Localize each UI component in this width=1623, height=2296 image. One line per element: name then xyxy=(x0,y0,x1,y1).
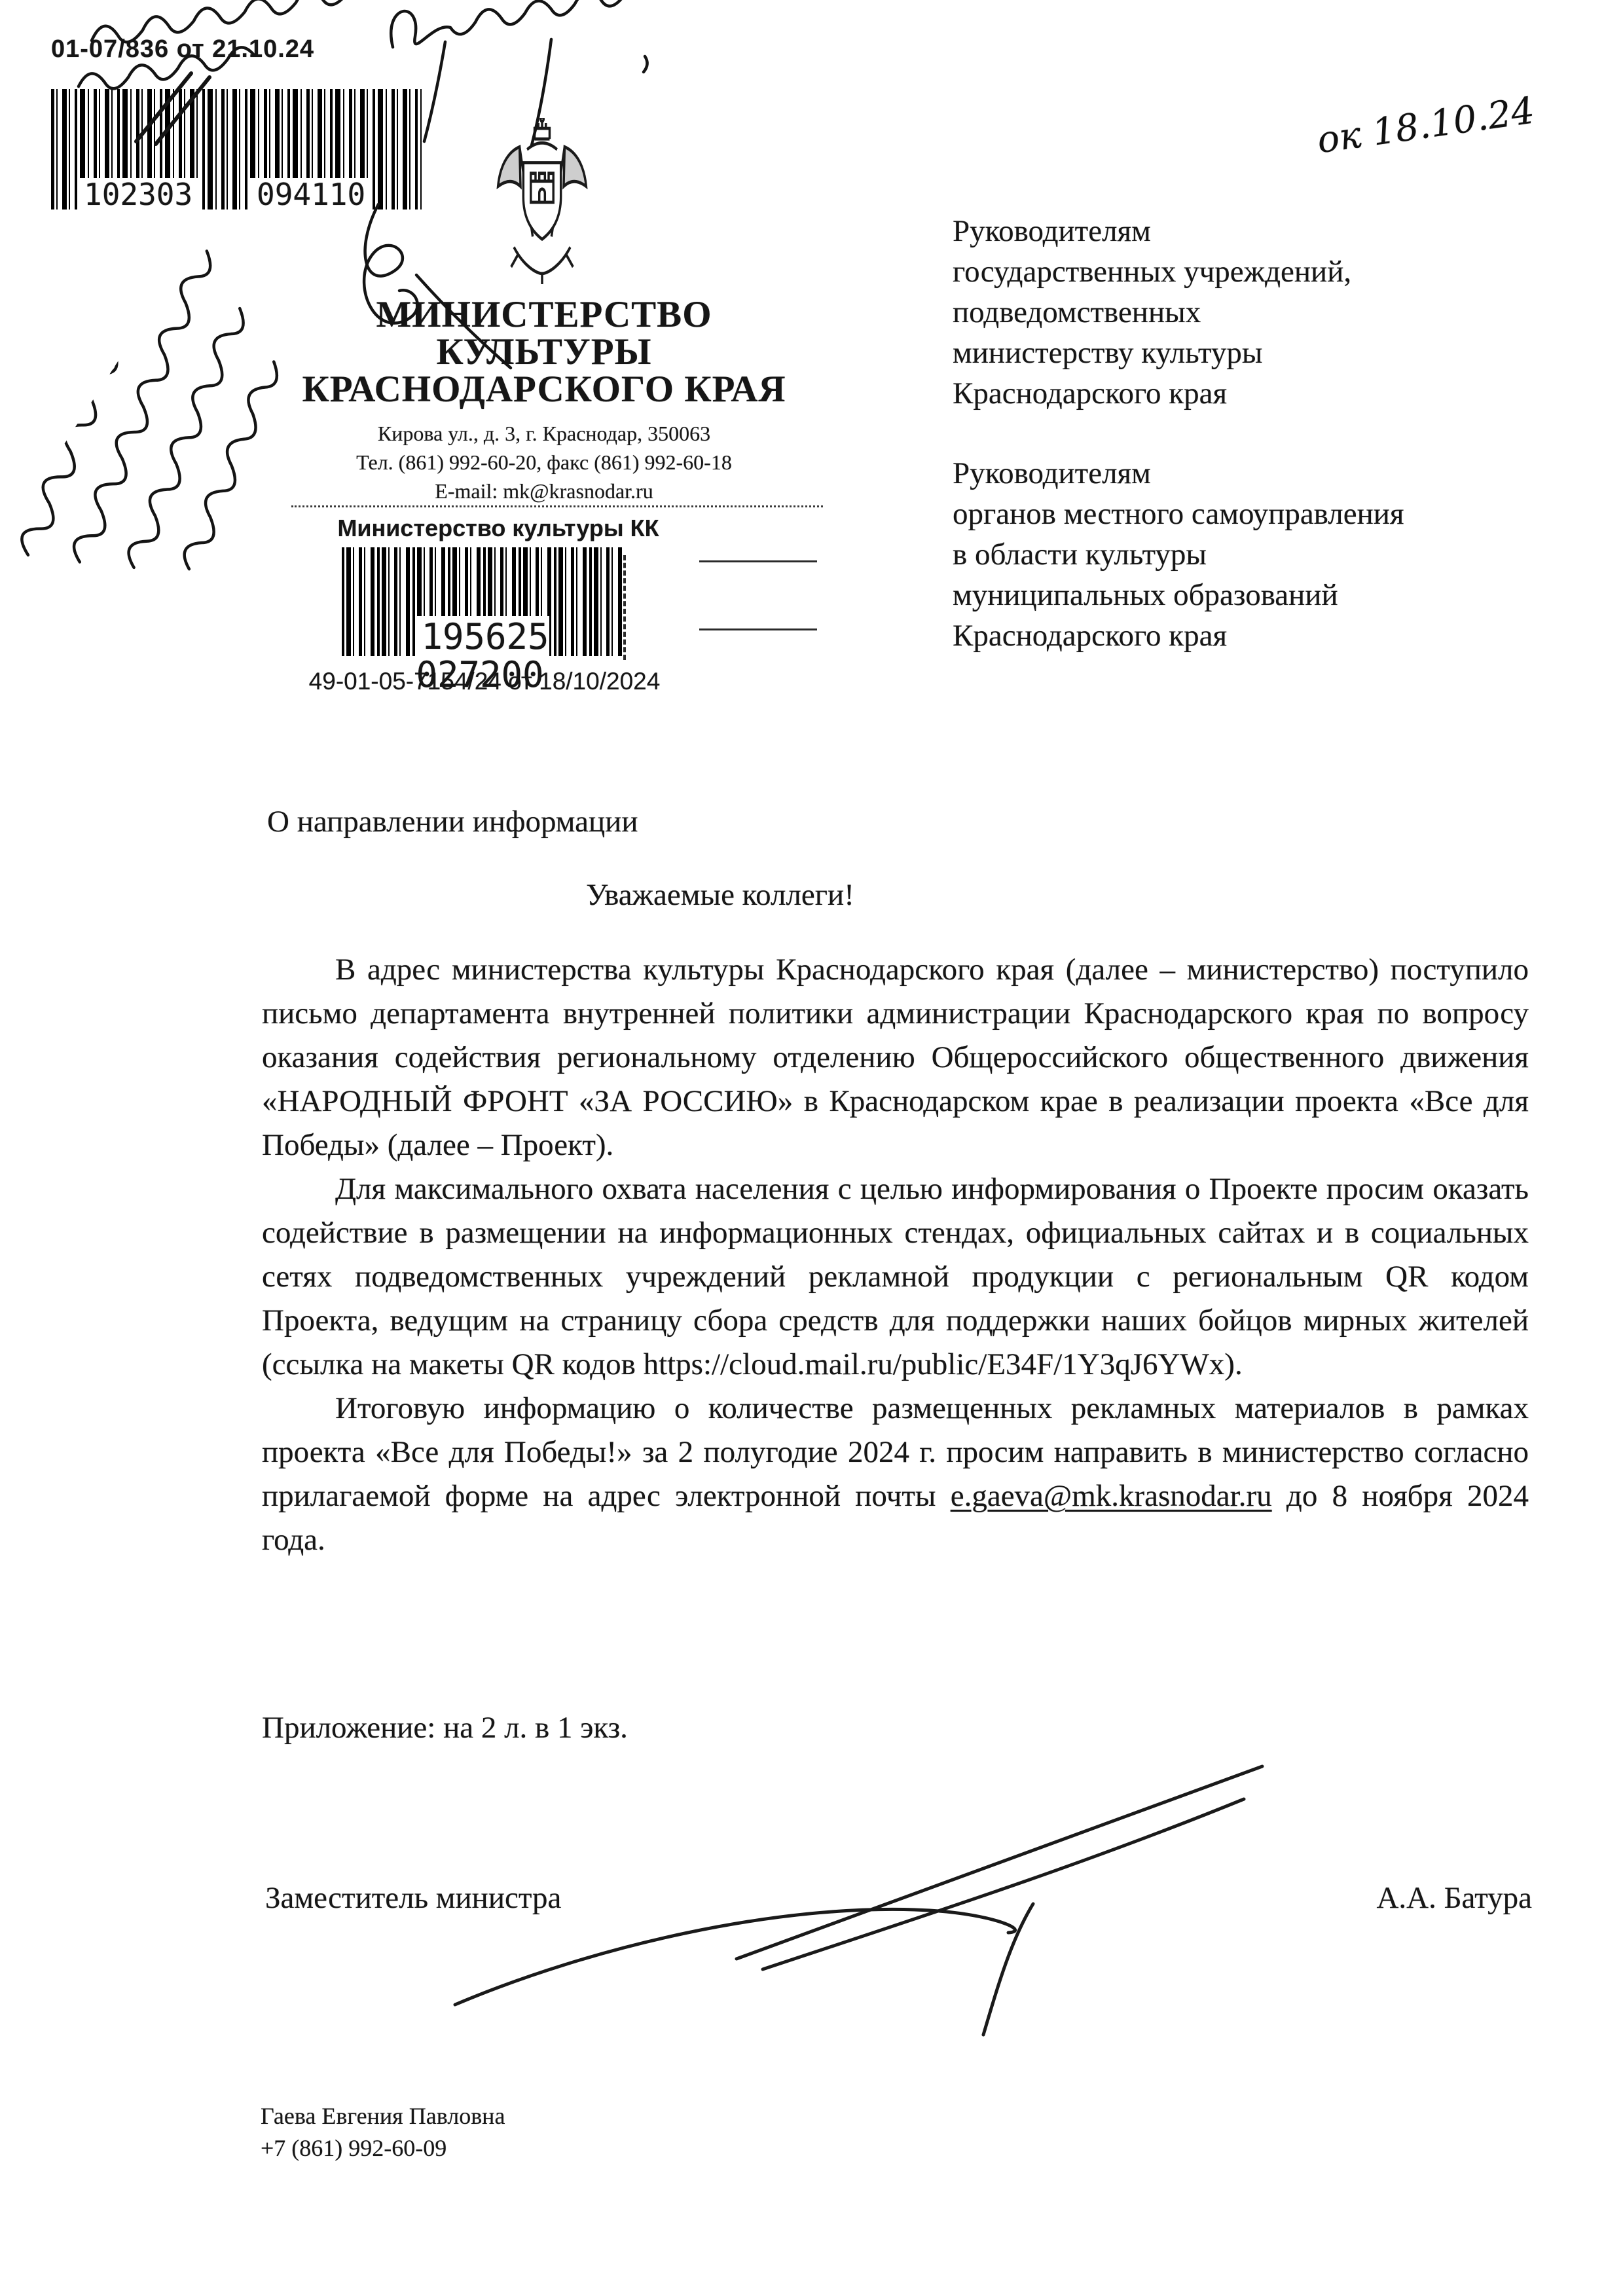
addressee-line: Руководителям xyxy=(953,453,1548,494)
letterhead-contacts: Кирова ул., д. 3, г. Краснодар, 350063 Т… xyxy=(275,419,813,505)
addressee-block-1: Руководителям государственных учреждений… xyxy=(953,211,1548,414)
body-paragraph-3: Итоговую информацию о количестве размеще… xyxy=(262,1387,1529,1562)
registration-stamp-title: Министерство культуры КК xyxy=(327,515,669,542)
letterhead-email: E-mail: mk@krasnodar.ru xyxy=(275,477,813,505)
document-page: 01-07/836 от 21.10.24 102303 094110 МИНИ… xyxy=(0,0,1623,2296)
stamp-dashed-edge xyxy=(623,555,626,660)
executor-block: Гаева Евгения Павловна +7 (861) 992-60-0… xyxy=(261,2100,505,2164)
executor-name: Гаева Евгения Павловна xyxy=(261,2100,505,2132)
addressee-line: министерству культуры xyxy=(953,333,1548,373)
letterhead-phone-fax: Тел. (861) 992-60-20, факс (861) 992-60-… xyxy=(275,448,813,477)
body-paragraph-2: Для максимального охвата населения с цел… xyxy=(262,1167,1529,1387)
addressee-line: государственных учреждений, xyxy=(953,251,1548,292)
handwritten-approval-date: ок 18.10.24 xyxy=(1315,77,1623,162)
body-paragraph-1: В адрес министерства культуры Краснодарс… xyxy=(262,948,1529,1167)
contact-email: e.gaeva@mk.krasnodar.ru xyxy=(951,1479,1272,1513)
stamp-dotted-border xyxy=(291,505,823,507)
addressee-line: органов местного самоуправления xyxy=(953,494,1548,534)
letter-subject: О направлении информации xyxy=(267,804,638,839)
addressee-line: подведомственных xyxy=(953,292,1548,333)
addressee-block-2: Руководителям органов местного самоуправ… xyxy=(953,453,1548,656)
addressee-line: Краснодарского края xyxy=(953,615,1548,656)
addressee-line: Краснодарского края xyxy=(953,373,1548,414)
blank-date-line xyxy=(699,629,817,630)
letter-body: В адрес министерства культуры Краснодарс… xyxy=(262,948,1529,1562)
addressee-line: в области культуры xyxy=(953,534,1548,575)
registration-reference-line: 49-01-05-7154/24 от 18/10/2024 xyxy=(295,668,674,695)
letterhead-address: Кирова ул., д. 3, г. Краснодар, 350063 xyxy=(275,419,813,448)
salutation: Уважаемые коллеги! xyxy=(262,877,1178,913)
executor-phone: +7 (861) 992-60-09 xyxy=(261,2132,505,2164)
addressee-line: муниципальных образований xyxy=(953,575,1548,615)
handwritten-signature xyxy=(393,1715,1309,2069)
blank-number-line xyxy=(699,560,817,562)
addressee-line: Руководителям xyxy=(953,211,1548,251)
